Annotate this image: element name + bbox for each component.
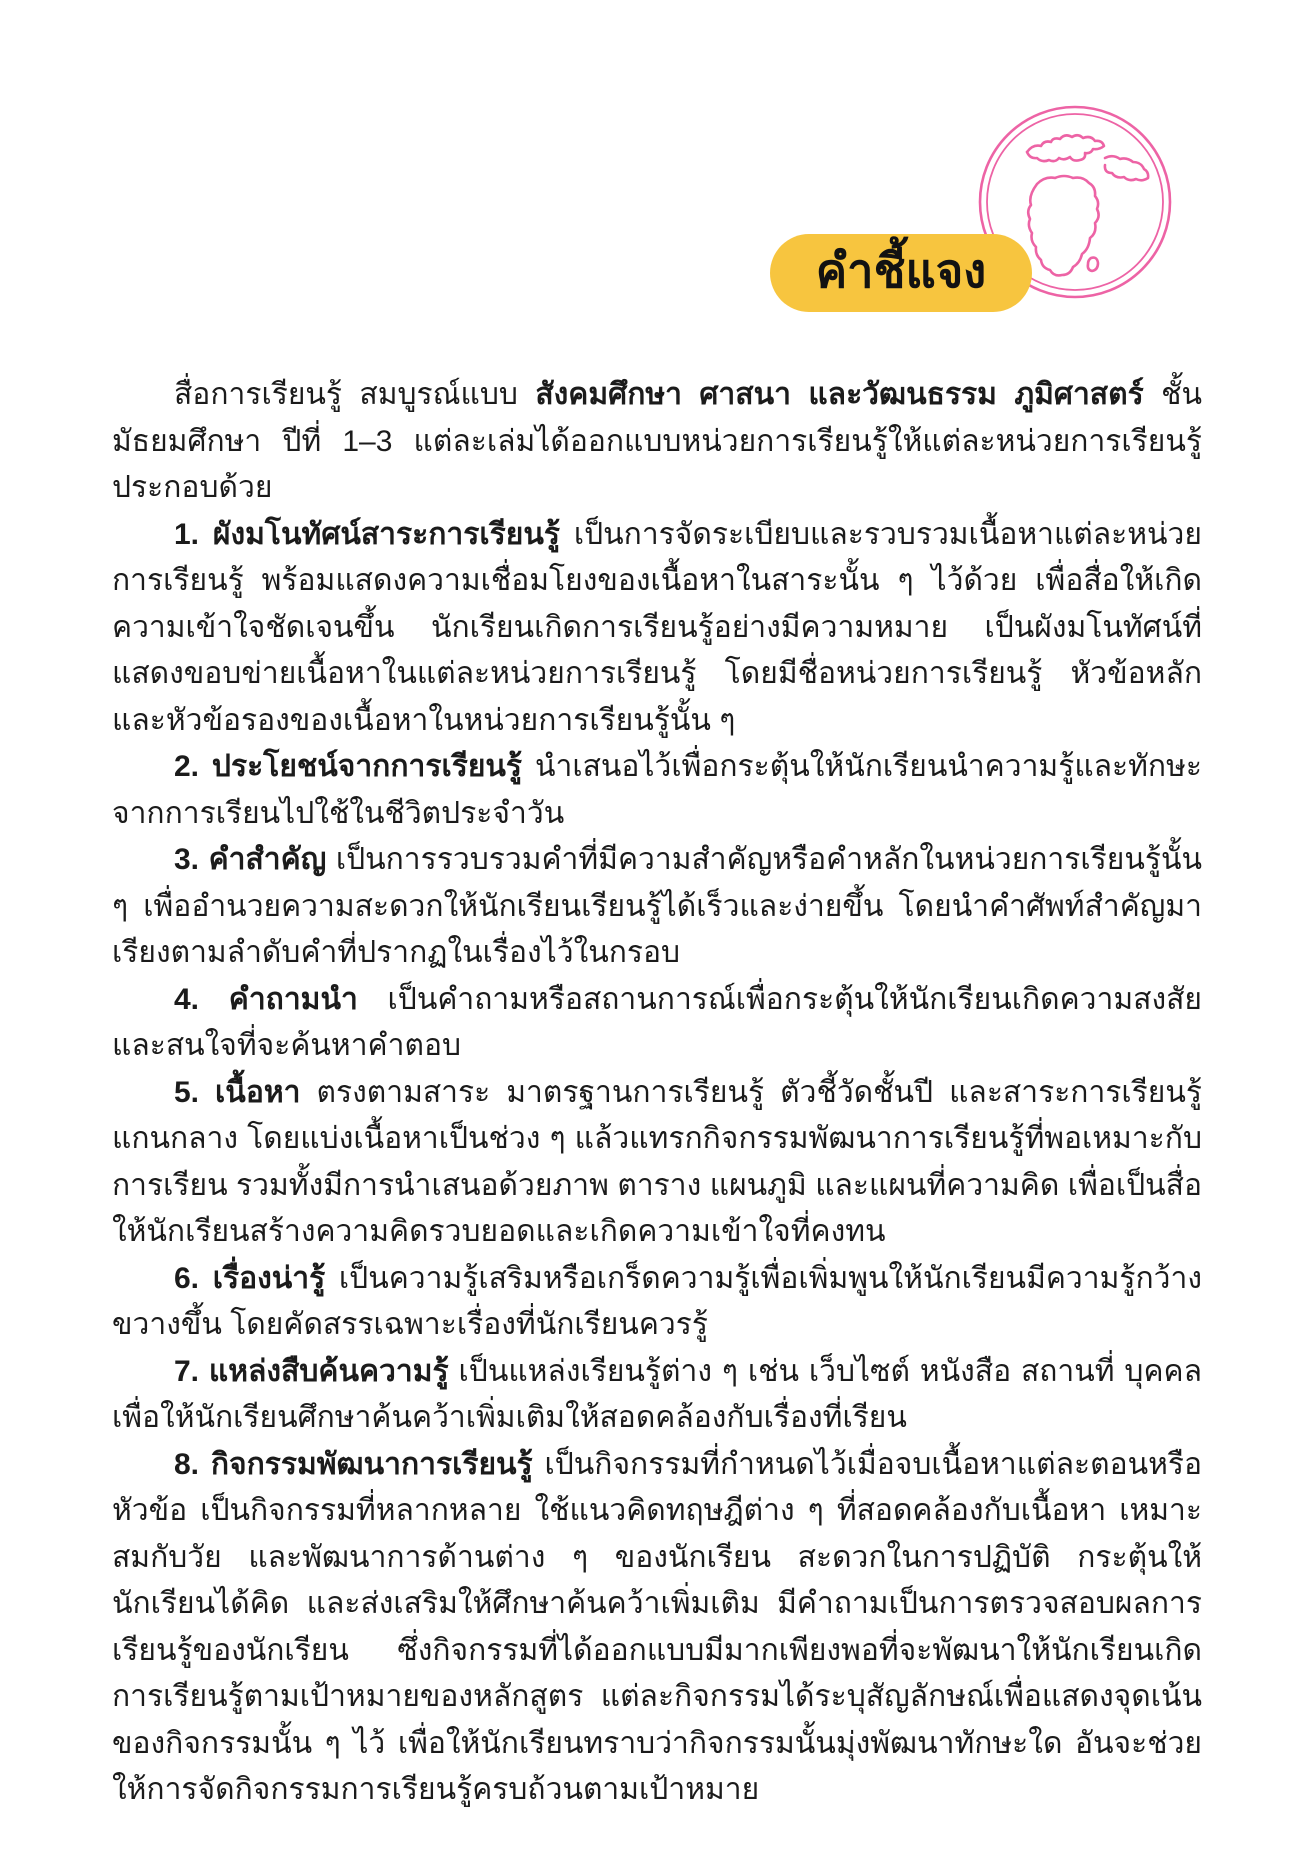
intro-pre: สื่อการเรียนรู้ สมบูรณ์แบบ xyxy=(174,378,535,411)
instruction-item-8: 8. กิจกรรมพัฒนาการเรียนรู้ เป็นกิจกรรมที… xyxy=(112,1442,1202,1814)
instruction-item-5: 5. เนื้อหา ตรงตามสาระ มาตรฐานการเรียนรู้… xyxy=(112,1070,1202,1256)
section-title: คำชี้แจง xyxy=(816,247,987,300)
instruction-item-2: 2. ประโยชน์จากการเรียนรู้ นำเสนอไว้เพื่อ… xyxy=(112,744,1202,837)
item-8-body: เป็นกิจกรรมที่กำหนดไว้เมื่อจบเนื้อหาแต่ล… xyxy=(112,1448,1202,1807)
item-8-title: 8. กิจกรรมพัฒนาการเรียนรู้ xyxy=(174,1448,533,1481)
item-1-title: 1. ผังมโนทัศน์สาระการเรียนรู้ xyxy=(174,518,560,551)
item-4-title: 4. คำถามนำ xyxy=(174,983,358,1016)
item-7-title: 7. แหล่งสืบค้นความรู้ xyxy=(174,1355,449,1388)
item-2-title: 2. ประโยชน์จากการเรียนรู้ xyxy=(174,750,522,783)
instruction-item-4: 4. คำถามนำ เป็นคำถามหรือสถานการณ์เพื่อกร… xyxy=(112,977,1202,1070)
item-6-title: 6. เรื่องน่ารู้ xyxy=(174,1262,325,1295)
intro-subject-bold: สังคมศึกษา ศาสนา และวัฒนธรรม ภูมิศาสตร์ xyxy=(535,378,1143,411)
intro-paragraph: สื่อการเรียนรู้ สมบูรณ์แบบ สังคมศึกษา ศา… xyxy=(112,372,1202,512)
instruction-item-7: 7. แหล่งสืบค้นความรู้ เป็นแหล่งเรียนรู้ต… xyxy=(112,1349,1202,1442)
item-3-title: 3. คำสำคัญ xyxy=(174,843,326,876)
instructions-text: สื่อการเรียนรู้ สมบูรณ์แบบ สังคมศึกษา ศา… xyxy=(112,372,1202,1814)
item-5-title: 5. เนื้อหา xyxy=(174,1076,300,1109)
document-page: คำชี้แจง สื่อการเรียนรู้ สมบูรณ์แบบ สังค… xyxy=(0,0,1312,1867)
section-title-badge: คำชี้แจง xyxy=(770,234,1032,312)
instruction-item-6: 6. เรื่องน่ารู้ เป็นความรู้เสริมหรือเกร็… xyxy=(112,1256,1202,1349)
instruction-item-3: 3. คำสำคัญ เป็นการรวบรวมคำที่มีความสำคัญ… xyxy=(112,837,1202,977)
instruction-item-1: 1. ผังมโนทัศน์สาระการเรียนรู้ เป็นการจัด… xyxy=(112,512,1202,745)
